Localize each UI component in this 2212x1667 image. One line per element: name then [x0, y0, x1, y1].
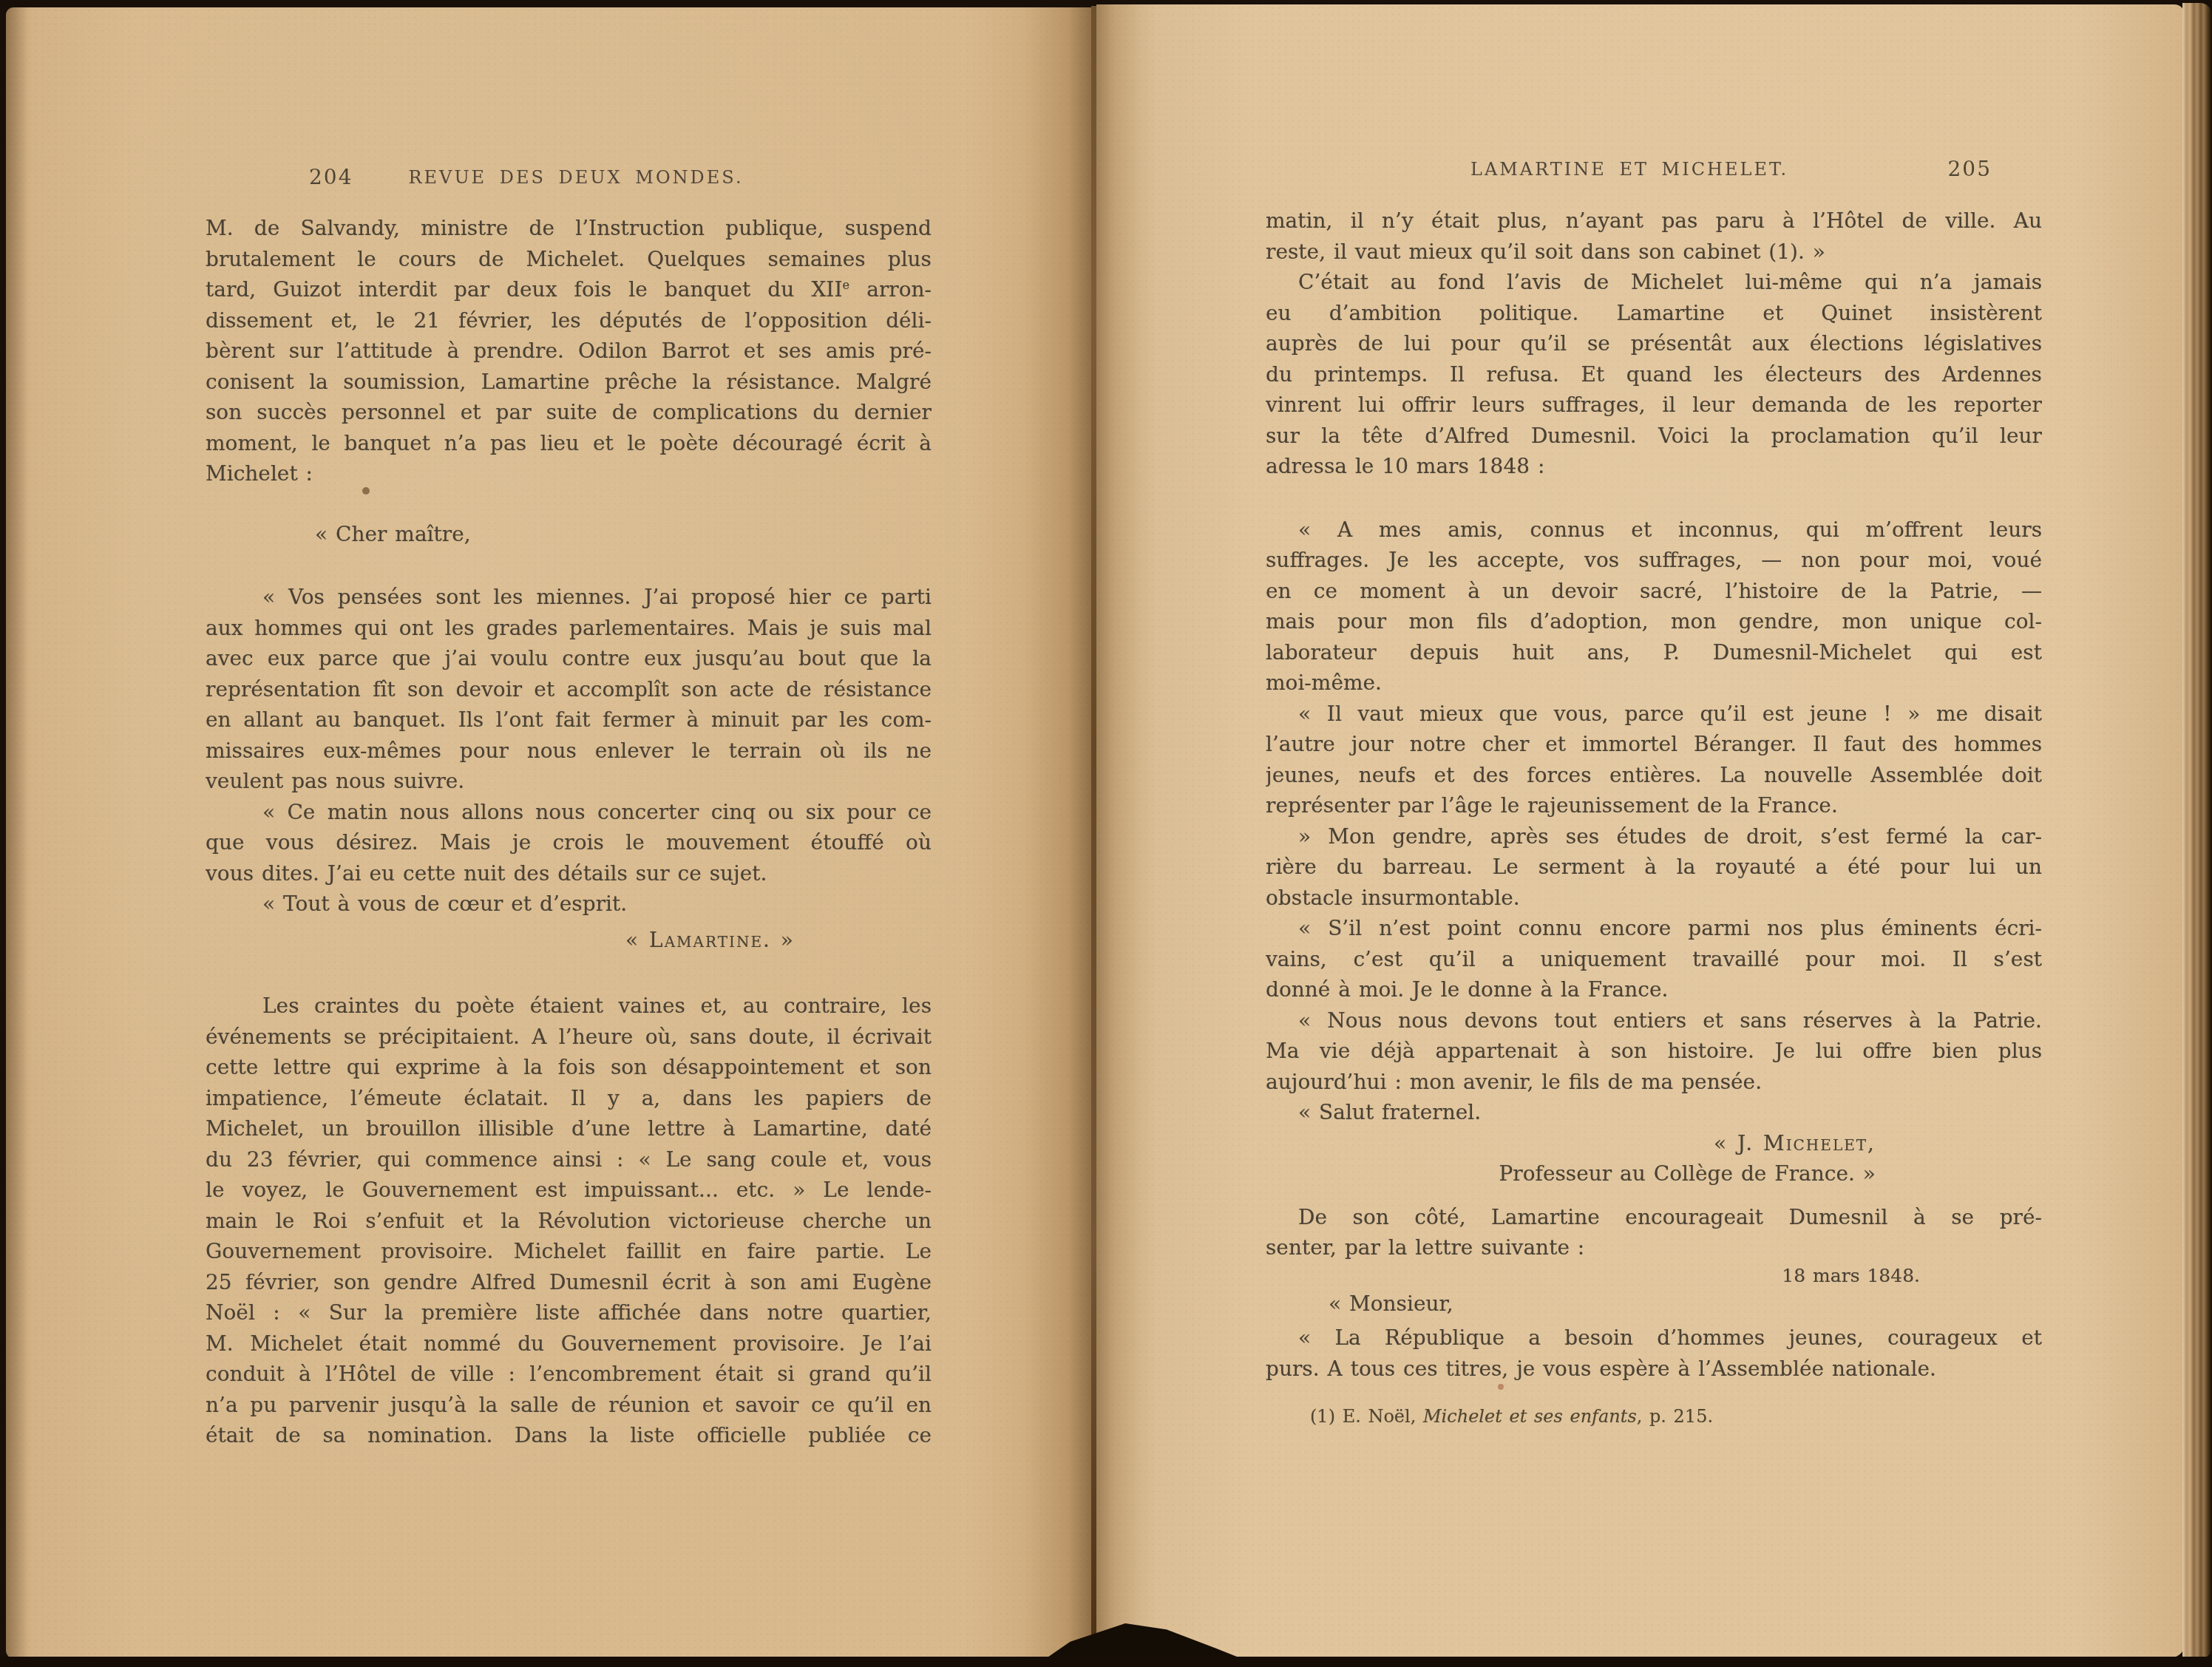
paragraph: « Salut fraternel. — [1266, 1097, 2042, 1128]
open-book: 204 REVUE DES DEUX MONDES. M. de Salvand… — [0, 0, 2212, 1667]
text-line: « Ce matin nous allons nous concerter ci… — [206, 797, 932, 828]
paragraph: « Tout à vous de cœur et d’esprit. — [206, 889, 932, 920]
signature-name: « J. Michelet, — [1266, 1128, 2042, 1159]
text-line: purs. A tous ces titres, je vous espère … — [1266, 1354, 2042, 1385]
paragraph: « Nous nous devons tout entiers et sans … — [1266, 1005, 2042, 1098]
text-line: « Il vaut mieux que vous, parce qu’il es… — [1266, 699, 2042, 730]
text-line: cette lettre qui exprime à la fois son d… — [206, 1052, 932, 1083]
footnote: (1) E. Noël, Michelet et ses enfants, p.… — [1266, 1405, 2042, 1428]
text-line: aujourd’hui : mon avenir, le fils de ma … — [1266, 1067, 2042, 1098]
text-line: en ce moment à un devoir sacré, l’histoi… — [1266, 576, 2042, 607]
text-line: adressa le 10 mars 1848 : — [1266, 451, 2042, 482]
text-line: Michelet : — [206, 458, 932, 489]
text-line: du printemps. Il refusa. Et quand les él… — [1266, 359, 2042, 390]
text-line: mais pour mon fils d’adoption, mon gendr… — [1266, 606, 2042, 637]
salutation: « Cher maître, — [206, 519, 932, 550]
signature-role: Professeur au Collège de France. » — [1266, 1158, 2042, 1189]
text-line: « Vos pensées sont les miennes. J’ai pro… — [206, 582, 932, 613]
text-line: Ma vie déjà appartenait à son histoire. … — [1266, 1036, 2042, 1067]
text-line: conduit à l’Hôtel de ville : l’encombrem… — [206, 1359, 932, 1390]
paragraph: « Vos pensées sont les miennes. J’ai pro… — [206, 582, 932, 797]
date: 18 mars 1848. — [1266, 1263, 2042, 1289]
text-line: donné à moi. Je le donne à la France. — [1266, 974, 2042, 1005]
text-line: C’était au fond l’avis de Michelet lui-m… — [1266, 267, 2042, 298]
text-line: en allant au banquet. Ils l’ont fait fer… — [206, 705, 932, 736]
paragraph: matin, il n’y était plus, n’ayant pas pa… — [1266, 206, 2042, 267]
text-line: n’a pu parvenir jusqu’à la salle de réun… — [206, 1390, 932, 1421]
signature-name: « Lamartine. » — [206, 925, 932, 956]
text-line: eu d’ambition politique. Lamartine et Qu… — [1266, 298, 2042, 329]
paragraph: « La République a besoin d’hommes jeunes… — [1266, 1323, 2042, 1384]
text-line: brutalement le cours de Michelet. Quelqu… — [206, 244, 932, 275]
text-line: main le Roi s’enfuit et la Révolution vi… — [206, 1206, 932, 1237]
text-line: » Mon gendre, après ses études de droit,… — [1266, 821, 2042, 852]
text-line: obstacle insurmontable. — [1266, 883, 2042, 914]
text-line: senter, par la lettre suivante : — [1266, 1232, 2042, 1263]
paragraph: M. de Salvandy, ministre de l’Instructio… — [206, 213, 932, 489]
text-line: l’autre jour notre cher et immortel Béra… — [1266, 729, 2042, 760]
text-line: bèrent sur l’attitude à prendre. Odilon … — [206, 336, 932, 367]
book-gutter — [1091, 6, 1096, 1656]
text-line: « La République a besoin d’hommes jeunes… — [1266, 1323, 2042, 1354]
text-line: moi-même. — [1266, 668, 2042, 699]
paragraph: Les craintes du poète étaient vaines et,… — [206, 991, 932, 1451]
salutation: « Monsieur, — [1266, 1289, 2042, 1320]
text-line: du 23 février, qui commence ainsi : « Le… — [206, 1144, 932, 1175]
text-line: vains, c’est qu’il a uniquement travaill… — [1266, 944, 2042, 975]
text-line: impatience, l’émeute éclatait. Il y a, d… — [206, 1083, 932, 1114]
page-number: 205 — [1948, 157, 1992, 181]
right-page: LAMARTINE ET MICHELET. 205 matin, il n’y… — [1096, 4, 2185, 1657]
text-line: matin, il n’y était plus, n’ayant pas pa… — [1266, 206, 2042, 237]
text-line: M. Michelet était nommé du Gouvernement … — [206, 1328, 932, 1359]
paragraph: » Mon gendre, après ses études de droit,… — [1266, 821, 2042, 914]
text-line: que vous désirez. Mais je crois le mouve… — [206, 827, 932, 858]
text-line: « A mes amis, connus et inconnus, qui m’… — [1266, 515, 2042, 546]
running-title: LAMARTINE ET MICHELET. — [1266, 157, 1993, 180]
text-line: « J. Michelet, — [1266, 1128, 2042, 1159]
text-line: « S’il n’est point connu encore parmi no… — [1266, 913, 2042, 944]
text-line: Gouvernement provisoire. Michelet failli… — [206, 1236, 932, 1267]
paragraph: « Il vaut mieux que vous, parce qu’il es… — [1266, 699, 2042, 821]
text-line: laborateur depuis huit ans, P. Dumesnil-… — [1266, 637, 2042, 668]
text-line: sur la tête d’Alfred Dumesnil. Voici la … — [1266, 421, 2042, 452]
text-line: Professeur au Collège de France. » — [1266, 1158, 2042, 1189]
page-body: matin, il n’y était plus, n’ayant pas pa… — [1266, 206, 2042, 1428]
paragraph: De son côté, Lamartine encourageait Dume… — [1266, 1202, 2042, 1263]
text-line: jeunes, neufs et des forces entières. La… — [1266, 760, 2042, 791]
text-line: veulent pas nous suivre. — [206, 766, 932, 797]
text-line: vinrent lui offrir leurs suffrages, il l… — [1266, 390, 2042, 421]
text-line: (1) E. Noël, Michelet et ses enfants, p.… — [1266, 1405, 2042, 1428]
text-line: « Salut fraternel. — [1266, 1097, 2042, 1128]
left-page: 204 REVUE DES DEUX MONDES. M. de Salvand… — [6, 7, 1093, 1659]
paper-speck — [1498, 1384, 1504, 1390]
page-edge-stack — [2182, 3, 2212, 1659]
text-line: conisent la soumission, Lamartine prêche… — [206, 367, 932, 398]
paragraph: « S’il n’est point connu encore parmi no… — [1266, 913, 2042, 1005]
text-line: représenter par l’âge le rajeunissement … — [1266, 790, 2042, 821]
text-line: vous dites. J’ai eu cette nuit des détai… — [206, 858, 932, 889]
book-bottom-edge — [0, 1657, 2212, 1667]
paper-speck — [362, 487, 370, 495]
text-line: représentation fît son devoir et accompl… — [206, 674, 932, 705]
text-line: auprès de lui pour qu’il se présentât au… — [1266, 328, 2042, 359]
text-line: 18 mars 1848. — [1266, 1263, 2042, 1289]
text-line: moment, le banquet n’a pas lieu et le po… — [206, 428, 932, 459]
text-line: reste, il vaut mieux qu’il soit dans son… — [1266, 237, 2042, 268]
page-header: 204 REVUE DES DEUX MONDES. — [206, 165, 932, 188]
paragraph: « A mes amis, connus et inconnus, qui m’… — [1266, 515, 2042, 699]
page-number: 204 — [309, 165, 353, 189]
text-line: suffrages. Je les accepte, vos suffrages… — [1266, 545, 2042, 576]
text-line: Les craintes du poète étaient vaines et,… — [206, 991, 932, 1022]
text-line: Noël : « Sur la première liste affichée … — [206, 1297, 932, 1328]
text-line: « Tout à vous de cœur et d’esprit. — [206, 889, 932, 920]
text-line: « Monsieur, — [1266, 1289, 2042, 1320]
text-line: missaires eux-mêmes pour nous enlever le… — [206, 736, 932, 767]
text-line: « Cher maître, — [206, 519, 932, 550]
text-line: son succès personnel et par suite de com… — [206, 397, 932, 428]
text-line: aux hommes qui ont les grades parlementa… — [206, 613, 932, 644]
text-line: événements se précipitaient. A l’heure o… — [206, 1022, 932, 1053]
text-line: était de sa nomination. Dans la liste of… — [206, 1420, 932, 1451]
page-header: LAMARTINE ET MICHELET. 205 — [1266, 157, 2042, 180]
text-line: De son côté, Lamartine encourageait Dume… — [1266, 1202, 2042, 1233]
text-line: Michelet, un brouillon illisible d’une l… — [206, 1113, 932, 1144]
text-line: dissement et, le 21 février, les députés… — [206, 305, 932, 336]
text-line: tard, Guizot interdit par deux fois le b… — [206, 274, 932, 305]
text-line: rière du barreau. Le serment à la royaut… — [1266, 852, 2042, 883]
text-line: le voyez, le Gouvernement est impuissant… — [206, 1175, 932, 1206]
paragraph: C’était au fond l’avis de Michelet lui-m… — [1266, 267, 2042, 482]
paragraph: « Ce matin nous allons nous concerter ci… — [206, 797, 932, 889]
text-line: avec eux parce que j’ai voulu contre eux… — [206, 643, 932, 674]
text-line: « Nous nous devons tout entiers et sans … — [1266, 1005, 2042, 1036]
text-line: 25 février, son gendre Alfred Dumesnil é… — [206, 1267, 932, 1298]
text-line: M. de Salvandy, ministre de l’Instructio… — [206, 213, 932, 244]
page-body: M. de Salvandy, ministre de l’Instructio… — [206, 213, 932, 1451]
text-line: « Lamartine. » — [206, 925, 932, 956]
